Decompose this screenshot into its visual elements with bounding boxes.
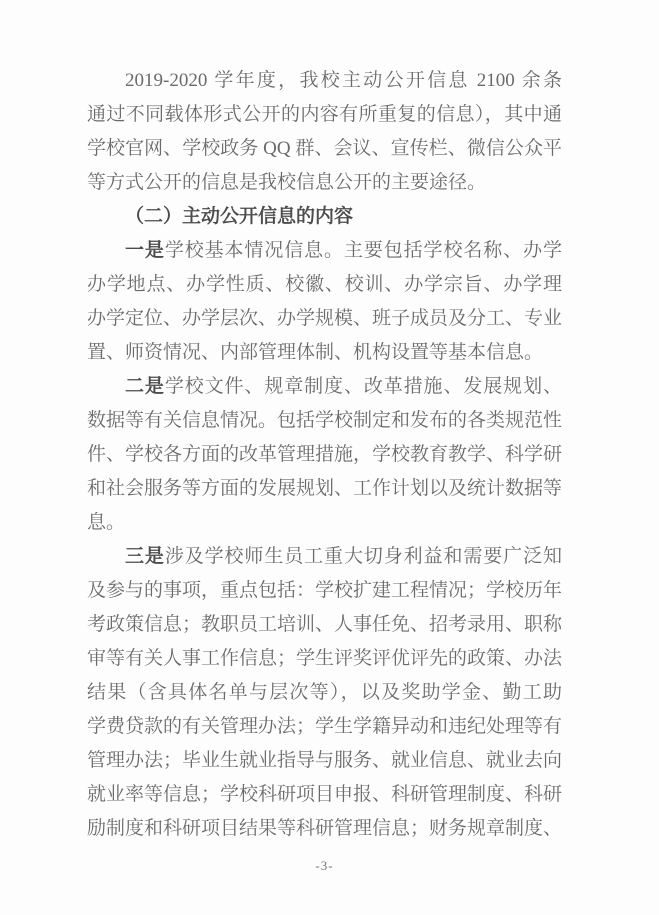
text-line: 三是涉及学校师生员工重大切身利益和需要广泛知晓: [87, 540, 562, 574]
text-line: 通过不同载体形式公开的内容有所重复的信息），其中通过: [87, 98, 562, 132]
paragraph-lead: 二是: [125, 376, 165, 397]
text-line: 和社会服务等方面的发展规划、工作计划以及统计数据等信: [87, 472, 562, 506]
text-line: 就业率等信息；学校科研项目申报、科研管理制度、科研奖: [87, 778, 562, 812]
text-line: 件、学校各方面的改革管理措施，学校教育教学、科学研究: [87, 438, 562, 472]
text-line: 学费贷款的有关管理办法；学生学籍异动和违纪处理等有关: [87, 710, 562, 744]
text-line: 审等有关人事工作信息；学生评奖评优评先的政策、办法和: [87, 642, 562, 676]
text-line: 等方式公开的信息是我校信息公开的主要途径。: [87, 166, 562, 200]
text-line: 办学地点、办学性质、校徽、校训、办学宗旨、办学理念、: [87, 268, 562, 302]
document-body: 2019-2020 学年度，我校主动公开信息 2100 余条（不含通过不同载体形…: [87, 64, 562, 846]
text-line: 数据等有关信息情况。包括学校制定和发布的各类规范性文: [87, 404, 562, 438]
section-heading: （二）主动公开信息的内容: [87, 200, 562, 234]
text-line: 考政策信息；教职员工培训、人事任免、招考录用、职称评: [87, 608, 562, 642]
text-line: 一是学校基本情况信息。主要包括学校名称、办学历史、: [87, 234, 562, 268]
text-line: 息。: [87, 506, 562, 540]
text-line: 二是学校文件、规章制度、改革措施、发展规划、统计: [87, 370, 562, 404]
paragraph-lead: 一是: [125, 240, 165, 261]
text-line: 办学定位、办学层次、办学规模、班子成员及分工、专业设: [87, 302, 562, 336]
paragraph-lead: 三是: [125, 546, 165, 567]
text-line: 及参与的事项，重点包括：学校扩建工程情况；学校历年招: [87, 574, 562, 608]
text-line: 励制度和科研项目结果等科研管理信息；财务规章制度、年: [87, 812, 562, 846]
text-line: 结果（含具体名单与层次等），以及奖助学金、勤工助学、: [87, 676, 562, 710]
text-line: 管理办法；毕业生就业指导与服务、就业信息、就业去向及: [87, 744, 562, 778]
text-line: 置、师资情况、内部管理体制、机构设置等基本信息。: [87, 336, 562, 370]
text-line: 学校官网、学校政务 QQ 群、会议、宣传栏、微信公众平台: [87, 132, 562, 166]
text-line: 2019-2020 学年度，我校主动公开信息 2100 余条（不含: [87, 64, 562, 98]
page-number: -3-: [87, 856, 562, 876]
document-page: 2019-2020 学年度，我校主动公开信息 2100 余条（不含通过不同载体形…: [0, 0, 659, 915]
